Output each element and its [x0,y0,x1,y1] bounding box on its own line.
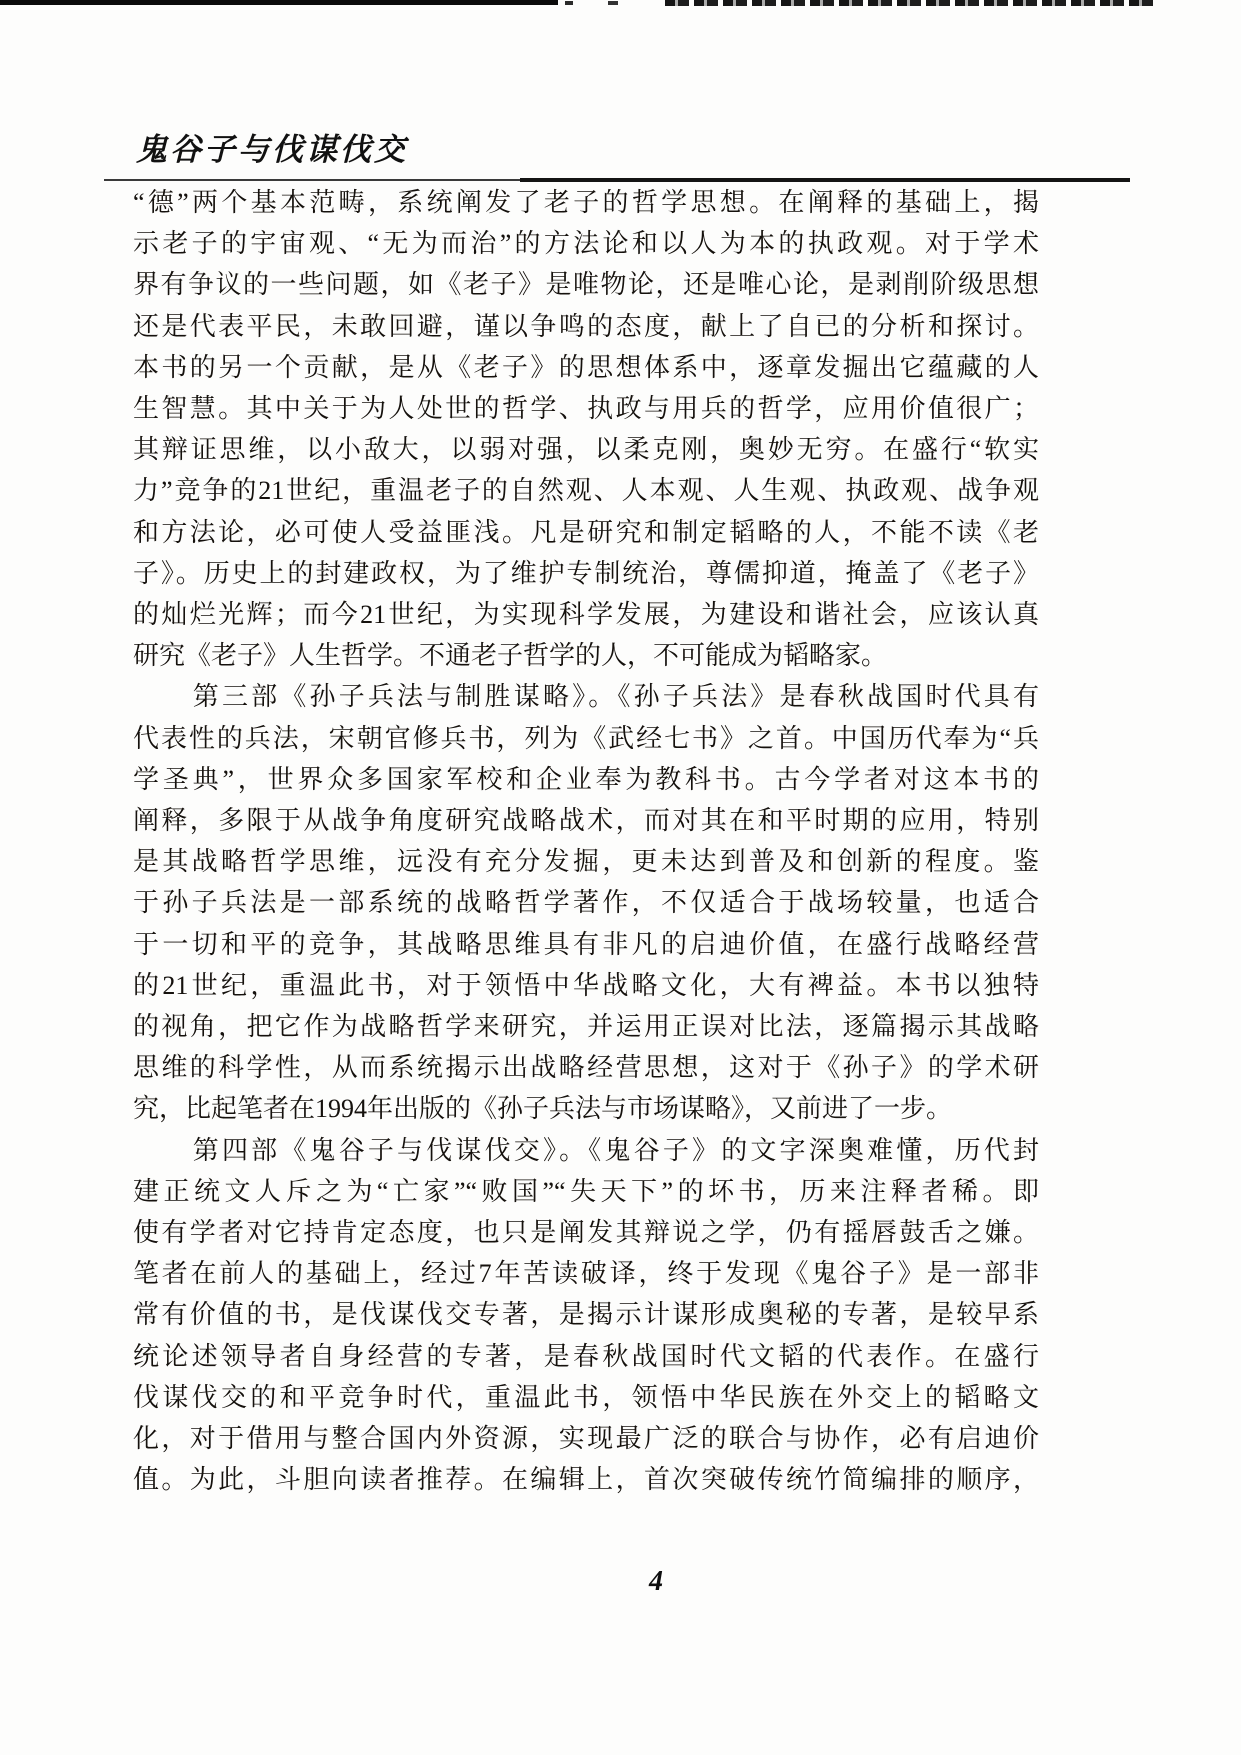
text-line: 生智慧。其中关于为人处世的哲学、执政与用兵的哲学，应用价值很广； [133,388,1039,429]
text-line: 学圣典”，世界众多国家军校和企业奉为教科书。古今学者对这本书的 [133,759,1039,800]
text-line: 子》。历史上的封建政权，为了维护专制统治，尊儒抑道，掩盖了《老子》 [133,553,1039,594]
text-line: 本书的另一个贡献，是从《老子》的思想体系中，逐章发掘出它蕴藏的人 [133,347,1039,388]
text-line: 还是代表平民，未敢回避，谨以争鸣的态度，献上了自已的分析和探讨。 [133,306,1039,347]
text-line: “德”两个基本范畴，系统阐发了老子的哲学思想。在阐释的基础上，揭 [133,182,1039,223]
text-line: 的视角，把它作为战略哲学来研究，并运用正误对比法，逐篇揭示其战略 [133,1006,1039,1047]
text-line: 的灿烂光辉；而今21世纪，为实现科学发展，为建设和谐社会，应该认真 [133,594,1039,635]
paragraph: 第三部《孙子兵法与制胜谋略》。《孙子兵法》是春秋战国时代具有代表性的兵法，宋朝官… [133,676,1039,1129]
scan-artifact-tick [608,1,618,5]
text-line: 的21世纪，重温此书，对于领悟中华战略文化，大有裨益。本书以独特 [133,965,1039,1006]
text-line: 思维的科学性，从而系统揭示出战略经营思想，这对于《孙子》的学术研 [133,1047,1039,1088]
running-head-title: 鬼谷子与伐谋伐交 [136,124,408,169]
text-line: 建正统文人斥之为“亡家”“败国”“失天下”的坏书，历来注释者稀。即 [133,1171,1039,1212]
text-line: 第四部《鬼谷子与伐谋伐交》。《鬼谷子》的文字深奥难懂，历代封 [133,1130,1039,1171]
text-line: 研究《老子》人生哲学。不通老子哲学的人，不可能成为韬略家。 [133,635,1039,676]
text-line: 第三部《孙子兵法与制胜谋略》。《孙子兵法》是春秋战国时代具有 [133,676,1039,717]
paragraph: “德”两个基本范畴，系统阐发了老子的哲学思想。在阐释的基础上，揭示老子的宇宙观、… [133,182,1039,676]
scan-artifact-dashes [665,0,1153,6]
text-line: 统论述领导者自身经营的专著，是春秋战国时代文韬的代表作。在盛行 [133,1336,1039,1377]
text-line: 是其战略哲学思维，远没有充分发掘，更未达到普及和创新的程度。鉴 [133,841,1039,882]
scanned-book-page: 鬼谷子与伐谋伐交 “德”两个基本范畴，系统阐发了老子的哲学思想。在阐释的基础上，… [0,0,1241,1755]
page-number: 4 [636,1566,676,1598]
text-line: 其辩证思维，以小敌大，以弱对强，以柔克刚，奥妙无穷。在盛行“软实 [133,429,1039,470]
text-line: 究，比起笔者在1994年出版的《孙子兵法与市场谋略》，又前进了一步。 [133,1088,1039,1129]
text-line: 值。为此，斗胆向读者推荐。在编辑上，首次突破传统竹简编排的顺序， [133,1459,1039,1500]
text-line: 阐释，多限于从战争角度研究战略战术，而对其在和平时期的应用，特别 [133,800,1039,841]
text-line: 界有争议的一些问题，如《老子》是唯物论，还是唯心论，是剥削阶级思想 [133,264,1039,305]
text-line: 笔者在前人的基础上，经过7年苦读破译，终于发现《鬼谷子》是一部非 [133,1253,1039,1294]
scan-artifact-tick [565,1,573,5]
scan-artifact-bar [0,0,558,5]
text-line: 伐谋伐交的和平竞争时代，重温此书，领悟中华民族在外交上的韬略文 [133,1377,1039,1418]
paragraph: 第四部《鬼谷子与伐谋伐交》。《鬼谷子》的文字深奥难懂，历代封建正统文人斥之为“亡… [133,1130,1039,1501]
body-text: “德”两个基本范畴，系统阐发了老子的哲学思想。在阐释的基础上，揭示老子的宇宙观、… [133,182,1039,1501]
text-line: 使有学者对它持肯定态度，也只是阐发其辩说之学，仍有摇唇鼓舌之嫌。 [133,1212,1039,1253]
text-line: 于一切和平的竞争，其战略思维具有非凡的启迪价值，在盛行战略经营 [133,924,1039,965]
text-line: 力”竞争的21世纪，重温老子的自然观、人本观、人生观、执政观、战争观 [133,470,1039,511]
text-line: 代表性的兵法，宋朝官修兵书，列为《武经七书》之首。中国历代奉为“兵 [133,718,1039,759]
text-line: 于孙子兵法是一部系统的战略哲学著作，不仅适合于战场较量，也适合 [133,882,1039,923]
text-line: 常有价值的书，是伐谋伐交专著，是揭示计谋形成奥秘的专著，是较早系 [133,1294,1039,1335]
text-line: 和方法论，必可使人受益匪浅。凡是研究和制定韬略的人，不能不读《老 [133,512,1039,553]
text-line: 化，对于借用与整合国内外资源，实现最广泛的联合与协作，必有启迪价 [133,1418,1039,1459]
text-line: 示老子的宇宙观、“无为而治”的方法论和以人为本的执政观。对于学术 [133,223,1039,264]
